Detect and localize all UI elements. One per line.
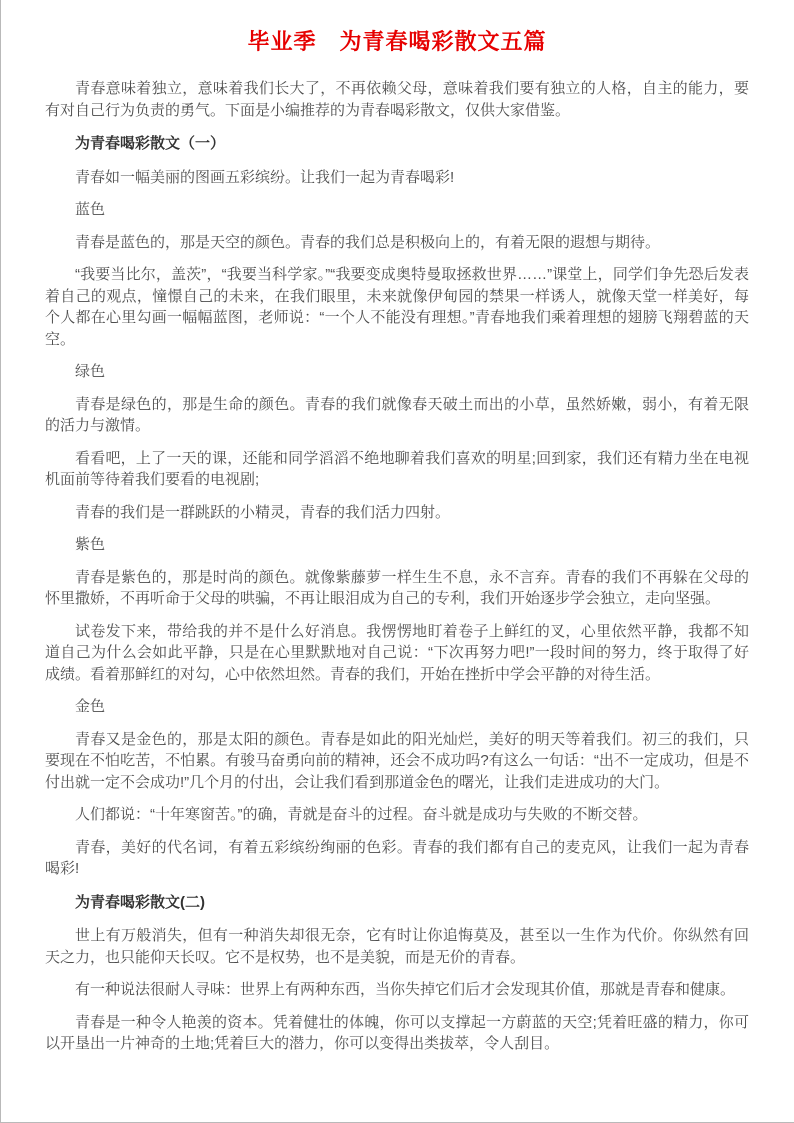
- paragraph: 试卷发下来，带给我的并不是什么好消息。我愣愣地盯着卷子上鲜红的叉，心里依然平静，…: [45, 621, 749, 686]
- paragraph: 青春是一种令人艳羡的资本。凭着健壮的体魄，你可以支撑起一方蔚蓝的天空;凭着旺盛的…: [45, 1012, 749, 1055]
- paragraph: 青春又是金色的，那是太阳的颜色。青春是如此的阳光灿烂，美好的明天等着我们。初三的…: [45, 729, 749, 794]
- document-title: 毕业季 为青春喝彩散文五篇: [45, 26, 749, 58]
- section-1-heading: 为青春喝彩散文（一）: [45, 133, 749, 155]
- paragraph: 青春是绿色的，那是生命的颜色。青春的我们就像春天破土而出的小草，虽然娇嫩，弱小，…: [45, 394, 749, 437]
- paragraph: 世上有万般消失，但有一种消失却很无奈，它有时让你追悔莫及，甚至以一生作为代价。你…: [45, 925, 749, 968]
- document-page: 毕业季 为青春喝彩散文五篇 青春意味着独立，意味着我们长大了，不再依赖父母，意味…: [0, 0, 794, 1123]
- paragraph: 青春如一幅美丽的图画五彩缤纷。让我们一起为青春喝彩!: [45, 167, 749, 189]
- paragraph: 有一种说法很耐人寻味：世界上有两种东西，当你失掉它们后才会发现其价值，那就是青春…: [45, 979, 749, 1001]
- paragraph: 看看吧，上了一天的课，还能和同学滔滔不绝地聊着我们喜欢的明星;回到家，我们还有精…: [45, 448, 749, 491]
- paragraph: 青春是紫色的，那是时尚的颜色。就像紫藤萝一样生生不息，永不言弃。青春的我们不再躲…: [45, 567, 749, 610]
- paragraph: 青春的我们是一群跳跃的小精灵，青春的我们活力四射。: [45, 502, 749, 524]
- color-label-blue: 蓝色: [45, 199, 749, 221]
- paragraph: 青春是蓝色的，那是天空的颜色。青春的我们总是积极向上的，有着无限的遐想与期待。: [45, 232, 749, 254]
- paragraph: “我要当比尔，盖茨”，“我要当科学家。”“我要变成奥特曼取拯救世界……”课堂上，…: [45, 264, 749, 350]
- intro-paragraph: 青春意味着独立，意味着我们长大了，不再依赖父母，意味着我们要有独立的人格，自主的…: [45, 78, 749, 121]
- color-label-gold: 金色: [45, 696, 749, 718]
- section-2-heading: 为青春喝彩散文(二): [45, 892, 749, 914]
- paragraph: 人们都说：“十年寒窗苦。”的确，青就是奋斗的过程。奋斗就是成功与失败的不断交替。: [45, 804, 749, 826]
- color-label-purple: 紫色: [45, 534, 749, 556]
- color-label-green: 绿色: [45, 361, 749, 383]
- paragraph: 青春，美好的代名词，有着五彩缤纷绚丽的色彩。青春的我们都有自己的麦克风，让我们一…: [45, 837, 749, 880]
